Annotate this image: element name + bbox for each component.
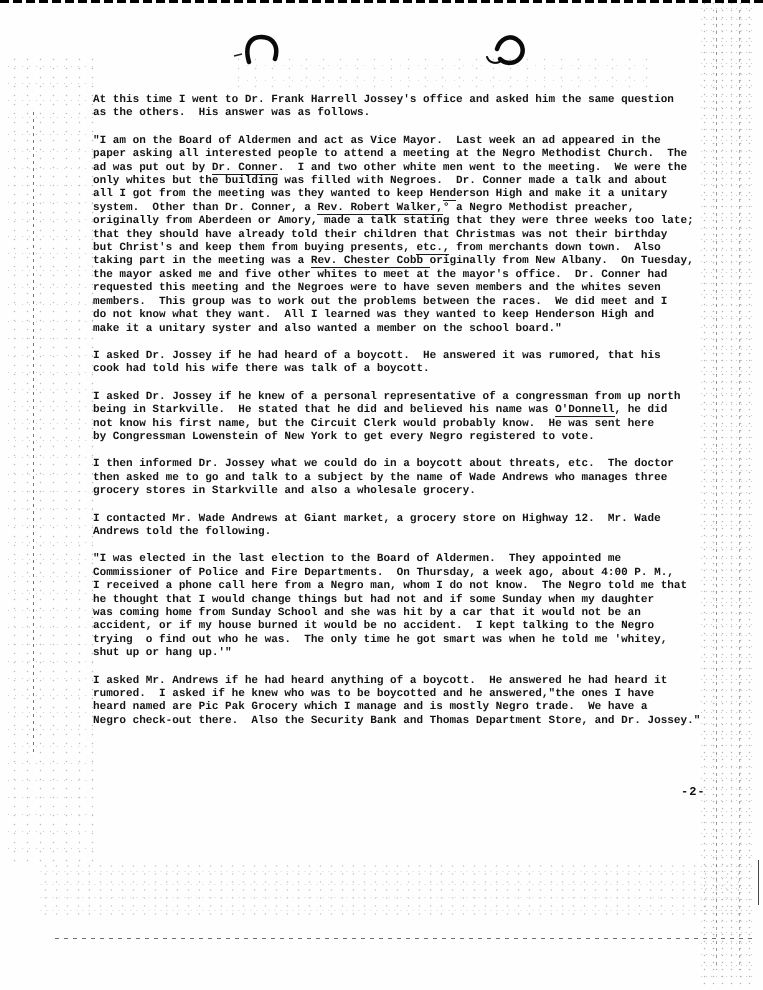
text-line: ad was put out by Dr. Conner. I and two … <box>93 162 718 175</box>
text-line: I asked Mr. Andrews if he had heard anyt… <box>93 675 718 688</box>
text-line: Andrews told the following. <box>93 526 718 539</box>
text-segment: grocery stores in Starkville and also a … <box>93 485 476 497</box>
underlined-text: etc., <box>416 242 449 255</box>
text-line: shut up or hang up.'" <box>93 647 718 660</box>
text-segment: was coming home from Sunday School and s… <box>93 607 641 619</box>
text-line: the mayor asked me and five other whites… <box>93 269 718 282</box>
text-segment: but Christ's and keep them from buying p… <box>93 242 416 254</box>
text-segment: Andrews told the following. <box>93 526 271 538</box>
text-segment: paper asking all interested people to at… <box>93 148 687 160</box>
underlined-text: Rev. Robert Walker, <box>317 202 442 215</box>
text-segment: I then informed Dr. Jossey what we could… <box>93 458 674 470</box>
scan-noise-left-band <box>8 55 98 865</box>
text-line: cook had told his wife there was talk of… <box>93 363 718 376</box>
page-number: -2- <box>681 785 706 799</box>
text-line: "I was elected in the last election to t… <box>93 553 718 566</box>
text-segment: originally from Aberdeen or Amory, made … <box>93 215 694 227</box>
text-line: then asked me to go and talk to a subjec… <box>93 472 718 485</box>
paragraph: I then informed Dr. Jossey what we could… <box>93 458 718 498</box>
text-segment: being in Starkville. He stated that he d… <box>93 404 555 416</box>
text-segment: I asked Mr. Andrews if he had heard anyt… <box>93 675 667 687</box>
text-segment: I contacted Mr. Wade Andrews at Giant ma… <box>93 513 661 525</box>
underlined-text: Rev. Chester Cobb <box>311 255 430 268</box>
text-line: Commissioner of Police and Fire Departme… <box>93 567 718 580</box>
text-line: but Christ's and keep them from buying p… <box>93 242 718 255</box>
text-line: system. Other than Dr. Conner, a Rev. Ro… <box>93 202 718 215</box>
text-segment: he thought that I would change things bu… <box>93 594 654 606</box>
text-segment: all I got from the meeting was they want… <box>93 188 443 200</box>
text-segment: members. This group was to work out the … <box>93 296 667 308</box>
text-line: trying o find out who he was. The only t… <box>93 634 718 647</box>
text-segment: the mayor asked me and five other whites… <box>93 269 667 281</box>
text-segment: by Congressman Lowenstein of New York to… <box>93 431 595 443</box>
pen-arc-right <box>497 37 523 62</box>
text-line: I asked Dr. Jossey if he knew of a perso… <box>93 391 718 404</box>
text-line: grocery stores in Starkville and also a … <box>93 485 718 498</box>
text-line: requested this meeting and the Negroes w… <box>93 282 718 295</box>
text-segment: do not know what they want. All I learne… <box>93 309 654 321</box>
paragraph: "I was elected in the last election to t… <box>93 553 718 660</box>
text-segment: originally from New Albany. On Tuesday, <box>430 255 694 267</box>
paragraph: I asked Dr. Jossey if he knew of a perso… <box>93 391 718 445</box>
text-segment: trying o find out who he was. The only t… <box>93 634 667 646</box>
text-segment: Commissioner of Police and Fire Departme… <box>93 567 674 579</box>
text-line: accident, or if my house burned it would… <box>93 620 718 633</box>
handwritten-pen-marks <box>0 0 763 100</box>
paragraph: I contacted Mr. Wade Andrews at Giant ma… <box>93 513 718 540</box>
text-line: taking part in the meeting was a Rev. Ch… <box>93 255 718 268</box>
text-segment: as the others. His answer was as follows… <box>93 107 370 119</box>
text-segment: I asked Dr. Jossey if he had heard of a … <box>93 350 661 362</box>
underlined-text: O'Donnell <box>555 404 614 417</box>
text-segment: . I and two other white men went to the … <box>278 162 687 174</box>
text-segment: not know his first name, but the Circuit… <box>93 418 654 430</box>
text-line: "I am on the Board of Aldermen and act a… <box>93 135 718 148</box>
text-line: only whites but the building was filled … <box>93 175 718 188</box>
pen-tick-left <box>234 54 242 56</box>
text-segment: requested this meeting and the Negroes w… <box>93 282 661 294</box>
pen-arc-left <box>247 37 276 62</box>
document-body: At this time I went to Dr. Frank Harrell… <box>93 94 718 742</box>
text-segment: ad was put out by <box>93 162 212 174</box>
scan-fold-line-left <box>33 112 34 752</box>
text-line: that they should have already told their… <box>93 229 718 242</box>
text-segment: "I am on the Board of Aldermen and act a… <box>93 135 661 147</box>
text-segment: cook had told his wife there was talk of… <box>93 363 430 375</box>
text-segment: taking part in the meeting was a <box>93 255 311 267</box>
scan-line-right-2 <box>739 10 740 970</box>
text-line: all I got from the meeting was they want… <box>93 188 718 201</box>
text-line: heard named are Pic Pak Grocery which I … <box>93 701 718 714</box>
text-segment: Negro check-out there. Also the Security… <box>93 715 700 727</box>
text-line: I then informed Dr. Jossey what we could… <box>93 458 718 471</box>
scanned-document-page: At this time I went to Dr. Frank Harrell… <box>0 0 763 990</box>
underlined-text: Dr. Conner <box>212 162 278 175</box>
text-segment: "I was elected in the last election to t… <box>93 553 621 565</box>
text-line: originally from Aberdeen or Amory, made … <box>93 215 718 228</box>
paragraph: At this time I went to Dr. Frank Harrell… <box>93 94 718 121</box>
text-segment: accident, or if my house burned it would… <box>93 620 654 632</box>
text-line: was coming home from Sunday School and s… <box>93 607 718 620</box>
text-line: by Congressman Lowenstein of New York to… <box>93 431 718 444</box>
text-segment: rumored. I asked if he knew who was to b… <box>93 688 654 700</box>
text-segment: erson High and make it a unitary <box>456 188 667 200</box>
paragraph: I asked Mr. Andrews if he had heard anyt… <box>93 675 718 729</box>
text-segment: only whites but the building was filled … <box>93 175 667 187</box>
text-segment: I asked Dr. Jossey if he knew of a perso… <box>93 391 681 403</box>
text-line: rumored. I asked if he knew who was to b… <box>93 688 718 701</box>
text-line: not know his first name, but the Circuit… <box>93 418 718 431</box>
text-line: do not know what they want. All I learne… <box>93 309 718 322</box>
text-segment: I received a phone call here from a Negr… <box>93 580 687 592</box>
text-segment: make it a unitary syster and also wanted… <box>93 323 562 335</box>
text-segment: , he did <box>615 404 668 416</box>
text-segment: ° a Negro Methodist preacher, <box>443 202 634 214</box>
text-segment: shut up or hang up.'" <box>93 647 232 659</box>
text-line: make it a unitary syster and also wanted… <box>93 323 718 336</box>
text-segment: from merchants down town. Also <box>449 242 660 254</box>
text-line: he thought that I would change things bu… <box>93 594 718 607</box>
paragraph: "I am on the Board of Aldermen and act a… <box>93 135 718 336</box>
text-line: Negro check-out there. Also the Security… <box>93 715 718 728</box>
text-line: I contacted Mr. Wade Andrews at Giant ma… <box>93 513 718 526</box>
text-line: being in Starkville. He stated that he d… <box>93 404 718 417</box>
text-segment: then asked me to go and talk to a subjec… <box>93 472 667 484</box>
text-segment: At this time I went to Dr. Frank Harrell… <box>93 94 674 106</box>
scan-dotted-line-bottom <box>55 938 755 939</box>
text-line: I asked Dr. Jossey if he had heard of a … <box>93 350 718 363</box>
text-line: I received a phone call here from a Negr… <box>93 580 718 593</box>
paragraph: I asked Dr. Jossey if he had heard of a … <box>93 350 718 377</box>
underlined-text: nd <box>443 188 456 201</box>
text-line: members. This group was to work out the … <box>93 296 718 309</box>
text-segment: system. Other than Dr. Conner, a <box>93 202 317 214</box>
scan-noise-bottom-band <box>40 862 740 917</box>
text-segment: that they should have already told their… <box>93 229 667 241</box>
text-line: At this time I went to Dr. Frank Harrell… <box>93 94 718 107</box>
scan-edge-mark-right <box>758 860 759 905</box>
text-segment: heard named are Pic Pak Grocery which I … <box>93 701 648 713</box>
text-line: as the others. His answer was as follows… <box>93 107 718 120</box>
text-line: paper asking all interested people to at… <box>93 148 718 161</box>
